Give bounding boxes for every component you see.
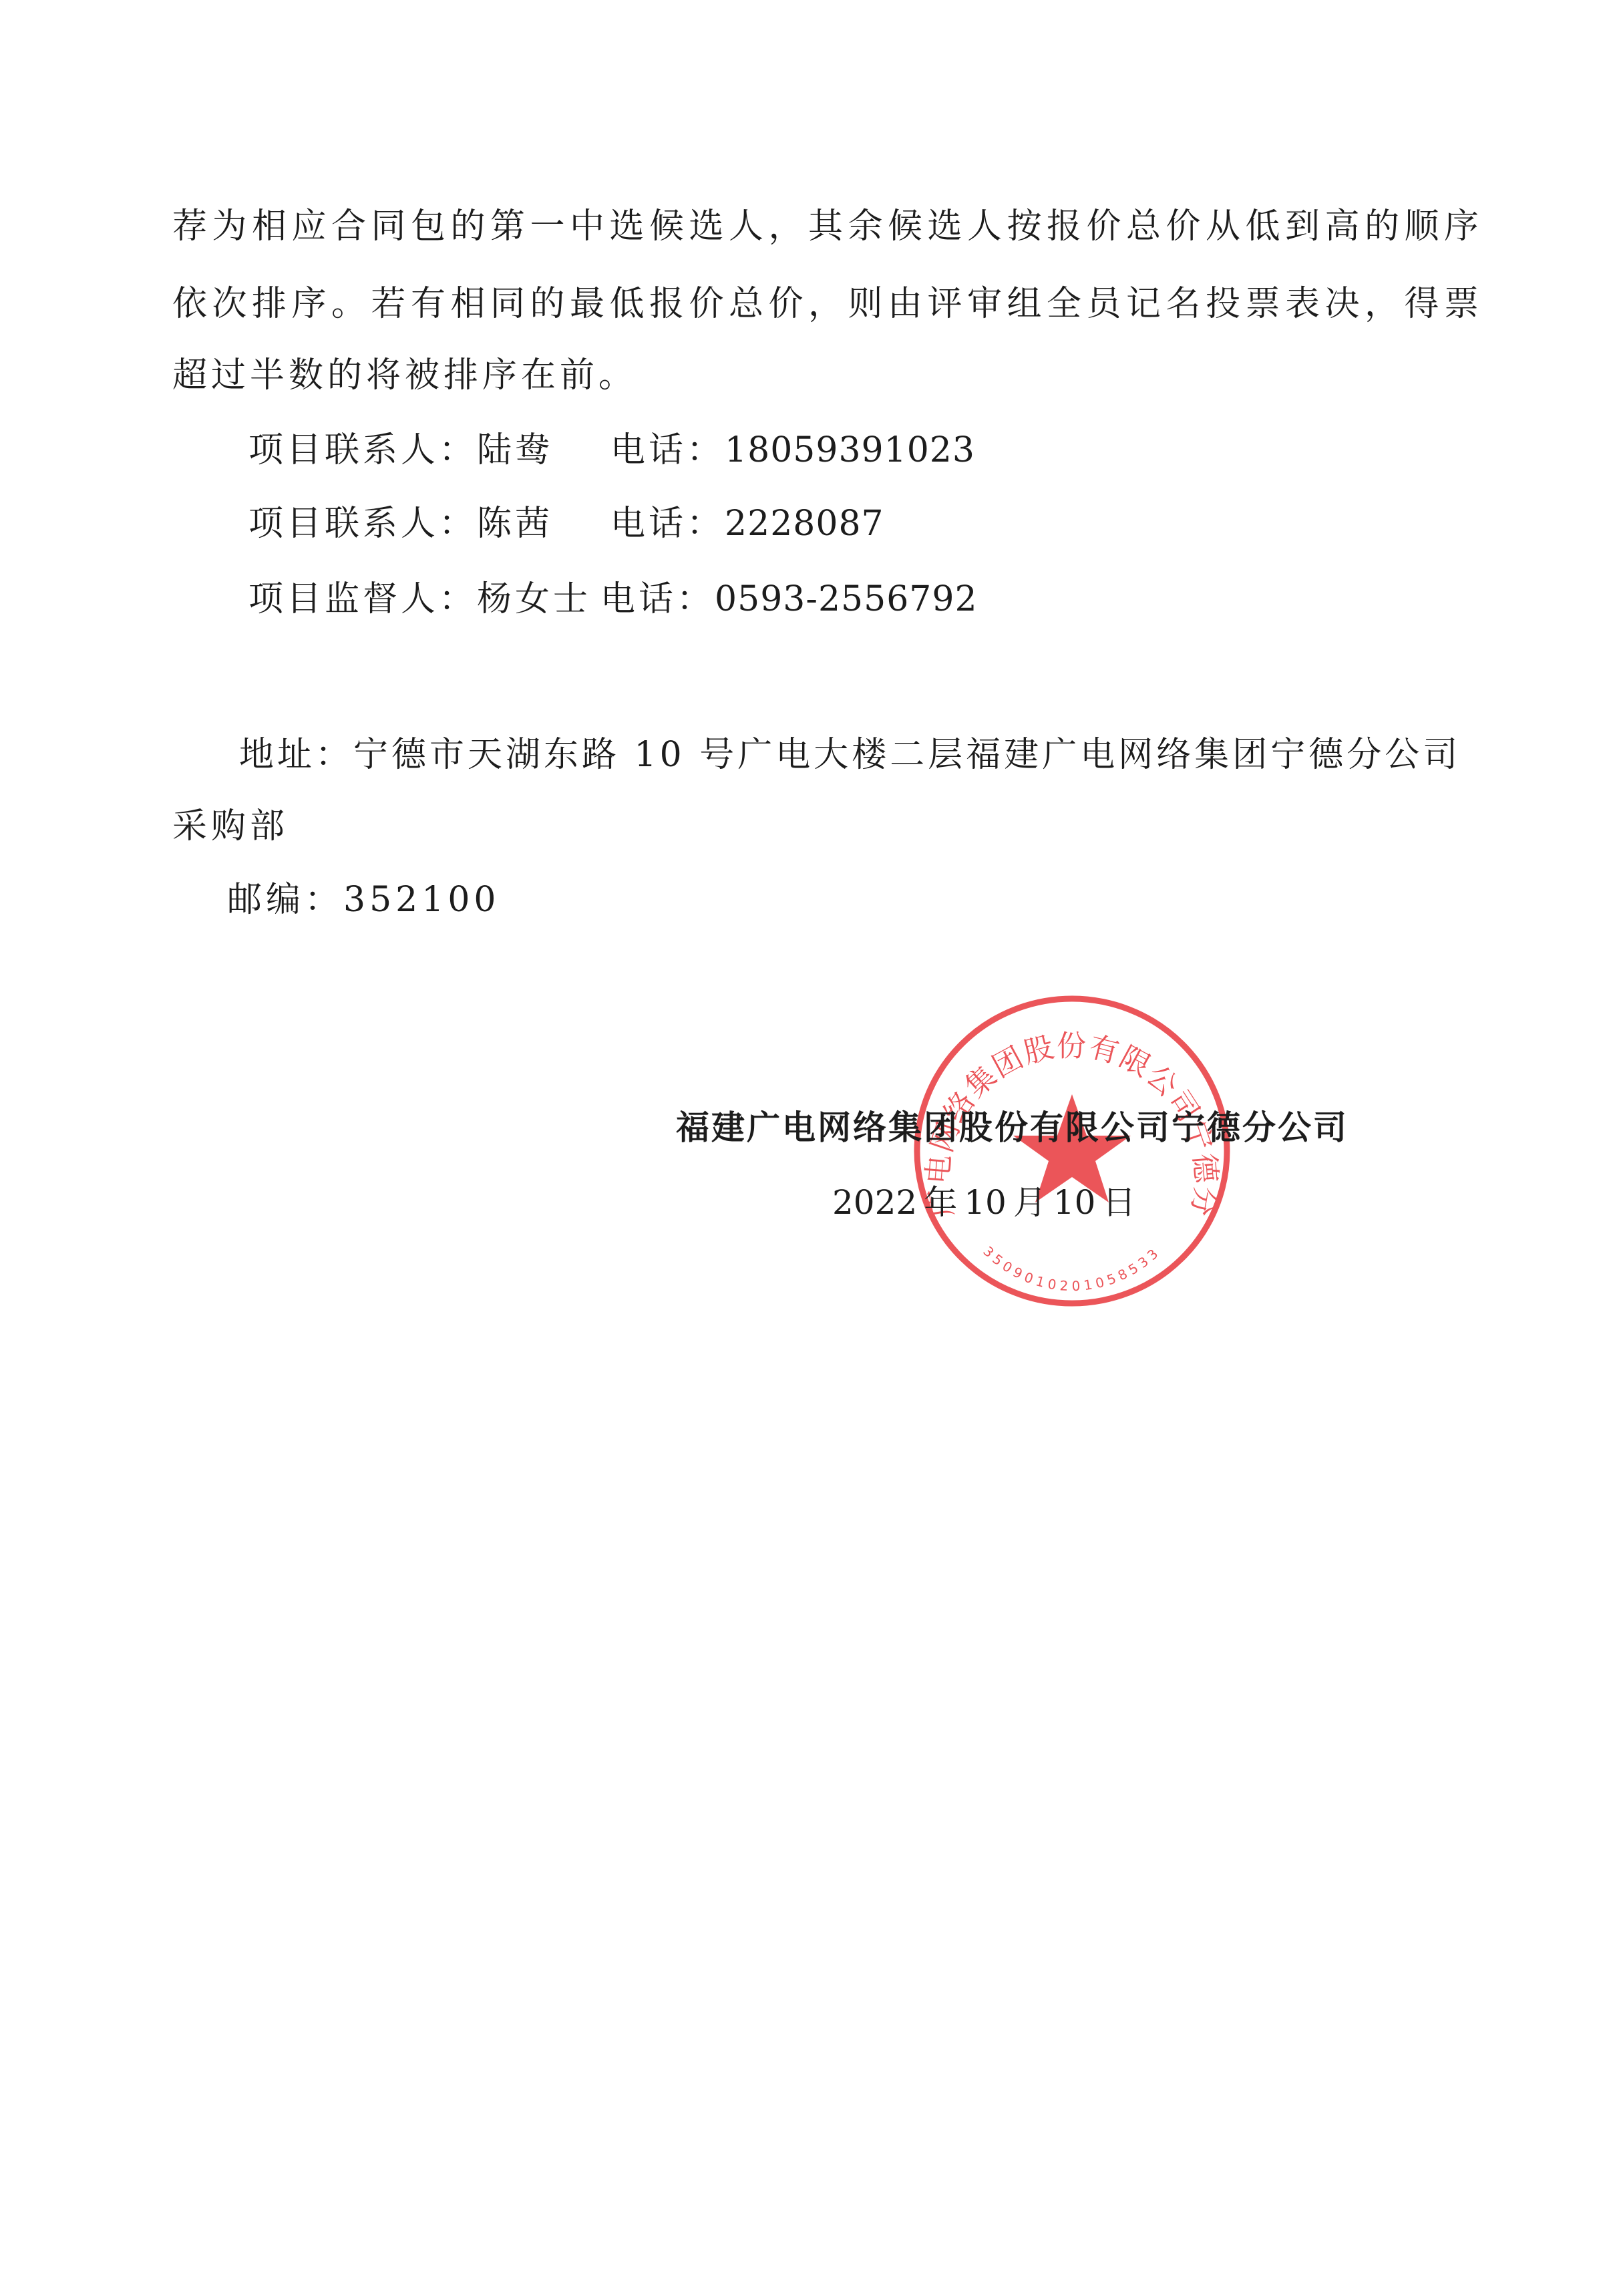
- date-day-unit: 日: [1103, 1183, 1136, 1222]
- contact-name: 杨女士: [477, 578, 591, 621]
- date-day: 10: [1053, 1183, 1096, 1222]
- address-text: 宁德市天湖东路 10 号广电大楼二层福建广电网络集团宁德分公司: [353, 735, 1461, 775]
- paragraph-line-3: 超过半数的将被排序在前。: [172, 354, 637, 397]
- signature-company: 福建广电网络集团股份有限公司宁德分公司: [676, 1106, 1349, 1149]
- phone-label: 电话：: [610, 502, 725, 545]
- contact-role: 项目监督人：: [248, 578, 477, 621]
- date-month-unit: 月: [1013, 1183, 1047, 1222]
- address-label: 地址：: [239, 735, 353, 775]
- postcode-line: 邮编：352100: [227, 878, 500, 921]
- contact-name: 陈茜: [477, 502, 610, 545]
- contact-role: 项目联系人：: [248, 429, 477, 472]
- signature-date: 2022年10月10日: [832, 1181, 1143, 1224]
- date-month: 10: [964, 1183, 1007, 1222]
- phone-label: 电话：: [600, 578, 715, 621]
- phone-number: 2228087: [725, 502, 884, 545]
- document-page: 荐为相应合同包的第一中选候选人，其余候选人按报价总价从低到高的顺序 依次排序。若…: [0, 0, 1609, 2296]
- date-year-unit: 年: [924, 1183, 957, 1222]
- phone-label: 电话：: [610, 429, 725, 472]
- phone-number: 18059391023: [725, 429, 975, 472]
- contact-row: 项目联系人：陈茜电话：2228087: [248, 502, 884, 545]
- supervisor-row: 项目监督人：杨女士电话：0593-2556792: [248, 578, 978, 621]
- contact-role: 项目联系人：: [248, 502, 477, 545]
- postcode-value: 352100: [343, 880, 500, 920]
- address-line-1: 地址：宁德市天湖东路 10 号广电大楼二层福建广电网络集团宁德分公司: [239, 733, 1461, 776]
- date-year: 2022: [832, 1183, 917, 1222]
- official-seal-icon: 福建广电网络集团股份有限公司宁德分公司 3509010201058533: [905, 987, 1239, 1315]
- paragraph-line-2: 依次排序。若有相同的最低报价总价，则由评审组全员记名投票表决，得票: [172, 283, 1484, 325]
- postcode-label: 邮编：: [227, 880, 343, 920]
- phone-number: 0593-2556792: [715, 578, 978, 621]
- contact-row: 项目联系人：陆鸯电话：18059391023: [248, 429, 975, 472]
- address-line-2: 采购部: [172, 805, 289, 848]
- paragraph-line-1: 荐为相应合同包的第一中选候选人，其余候选人按报价总价从低到高的顺序: [172, 205, 1484, 248]
- contact-name: 陆鸯: [477, 429, 610, 472]
